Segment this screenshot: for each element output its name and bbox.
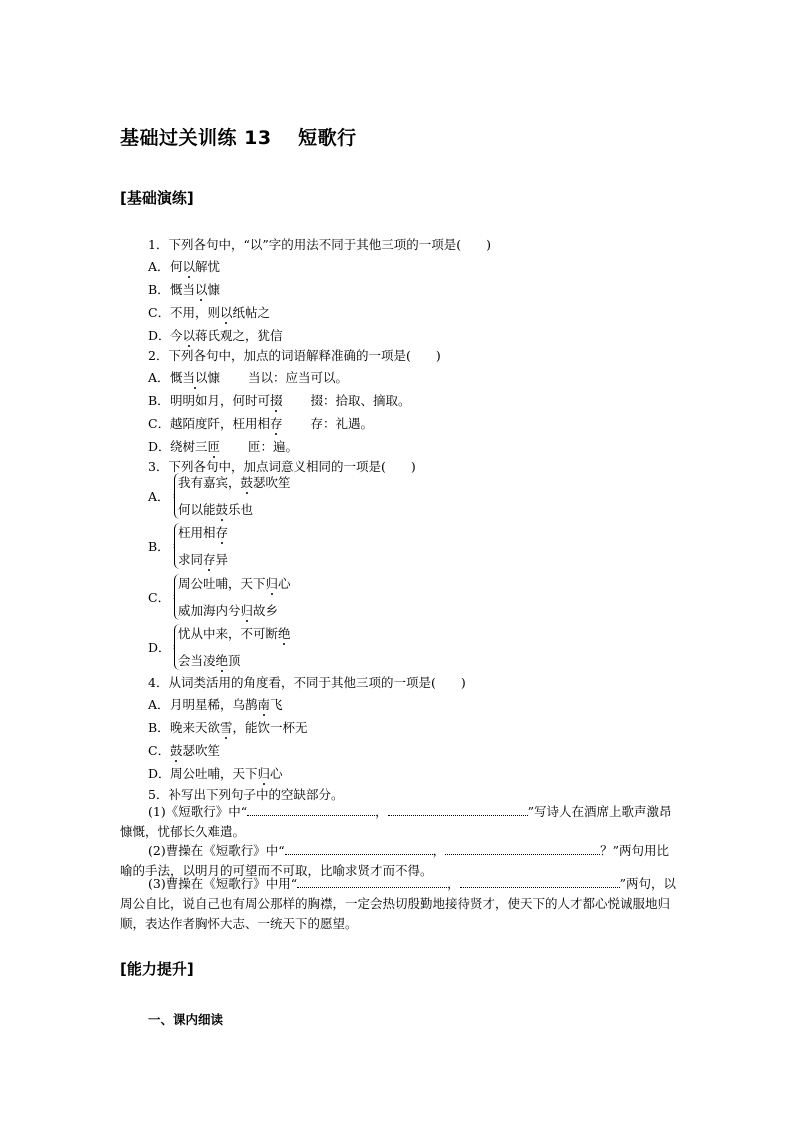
option-label: C． bbox=[148, 588, 170, 606]
q1-option-d: D．今以蒋氏观之，犹信 bbox=[148, 328, 283, 344]
option-text: 我有嘉宾， bbox=[178, 475, 241, 490]
pair-line-1: 我有嘉宾，鼓瑟吹笙 bbox=[178, 473, 291, 491]
option-text: 纸帖之 bbox=[233, 305, 271, 320]
q5-item-1: (1)《短歌行》中“，”写诗人在酒席上歌声激昂慷慨，忧郁长久难遣。 bbox=[120, 802, 676, 842]
option-label: C． bbox=[148, 416, 170, 432]
answer-blank[interactable] bbox=[247, 802, 375, 816]
option-text: 周公吐哺，天下 bbox=[178, 576, 266, 591]
q2-option-c: C．越陌度阡，枉用相存存：礼遇。 bbox=[148, 416, 373, 432]
q3-option-c: C． 周公吐哺，天下归心 威加海内兮归故乡 bbox=[148, 574, 448, 620]
option-text: 异 bbox=[216, 552, 229, 567]
q4-option-d: D．周公吐哺，天下归心 bbox=[148, 766, 283, 782]
option-text: 顶 bbox=[228, 653, 241, 668]
pair-line-2: 威加海内兮归故乡 bbox=[178, 601, 278, 619]
item-text: (2)曹操在《短歌行》中“ bbox=[120, 843, 285, 858]
option-gloss: 匝：遍。 bbox=[248, 439, 298, 454]
q3-option-a: A． 我有嘉宾，鼓瑟吹笙 何以能鼓乐也 bbox=[148, 473, 448, 519]
option-text: 慨当 bbox=[170, 282, 195, 297]
option-label: A． bbox=[148, 487, 170, 505]
q2-option-d: D．绕树三匝匝：遍。 bbox=[148, 439, 298, 455]
option-gloss: 当以：应当可以。 bbox=[248, 370, 348, 385]
option-label: D． bbox=[148, 328, 170, 344]
pair-line-2: 何以能鼓乐也 bbox=[178, 500, 253, 518]
item-text: (1)《短歌行》中“ bbox=[120, 804, 247, 819]
answer-blank[interactable] bbox=[297, 874, 447, 888]
option-text: 解忧 bbox=[195, 259, 220, 274]
option-label: B． bbox=[148, 282, 170, 298]
option-text: ，能饮一杯无 bbox=[233, 720, 308, 735]
option-text: 心 bbox=[278, 576, 291, 591]
option-text: 晚来天欲 bbox=[170, 720, 220, 735]
page-title: 基础过关训练 13 短歌行 bbox=[120, 123, 357, 150]
q3-option-d: D． 忧从中来，不可断绝 会当凌绝顶 bbox=[148, 624, 448, 670]
option-gloss: 存：礼遇。 bbox=[311, 416, 374, 431]
answer-blank[interactable] bbox=[388, 802, 528, 816]
emphasized-char: 绝 bbox=[216, 653, 229, 668]
option-text: 何 bbox=[170, 259, 183, 274]
q3-option-b: B． 枉用相存 求同存异 bbox=[148, 523, 448, 569]
option-label: D． bbox=[148, 638, 171, 656]
emphasized-char: 以 bbox=[195, 282, 208, 297]
option-label: C． bbox=[148, 743, 170, 759]
option-text: 忧从中来，不可断 bbox=[178, 626, 278, 641]
q2-option-b: B．明明如月，何时可掇掇：拾取、摘取。 bbox=[148, 393, 411, 409]
q5-item-3: (3)曹操在《短歌行》中用“，”两句，以周公自比，说自己也有周公那样的胸襟，一定… bbox=[120, 874, 676, 934]
q1-option-a: A．何以解忧 bbox=[148, 259, 220, 275]
option-text: 不用，则 bbox=[170, 305, 220, 320]
emphasized-char: 存 bbox=[203, 552, 216, 567]
pair-line-1: 周公吐哺，天下归心 bbox=[178, 574, 291, 592]
option-text: 威加海内兮 bbox=[178, 603, 241, 618]
pair-line-2: 会当凌绝顶 bbox=[178, 651, 241, 669]
option-text: 月明星稀，乌鹊 bbox=[170, 697, 258, 712]
item-text: (3)曹操在《短歌行》中用“ bbox=[120, 876, 297, 891]
emphasized-char: 归 bbox=[241, 603, 254, 618]
emphasized-char: 存 bbox=[216, 525, 229, 540]
emphasized-char: 南 bbox=[258, 697, 271, 712]
option-text: 慷 bbox=[208, 282, 221, 297]
option-text: 瑟吹笙 bbox=[183, 743, 221, 758]
option-text: 瑟吹笙 bbox=[253, 475, 291, 490]
q4-stem: 4．从词类活用的角度看，不同于其他三项的一项是( ) bbox=[148, 675, 466, 691]
option-text: 周公吐哺，天下 bbox=[170, 766, 258, 781]
answer-blank[interactable] bbox=[445, 841, 600, 855]
emphasized-char: 以 bbox=[183, 328, 196, 343]
emphasized-char: 鼓 bbox=[241, 475, 254, 490]
option-text: 求同 bbox=[178, 552, 203, 567]
pair-line-1: 枉用相存 bbox=[178, 523, 228, 541]
emphasized-char: 雪 bbox=[220, 720, 233, 735]
option-text: 慷 bbox=[208, 370, 221, 385]
option-text: 蒋氏观之，犹信 bbox=[195, 328, 283, 343]
option-label: D． bbox=[148, 439, 170, 455]
option-text: 明明如月，何时可 bbox=[170, 393, 270, 408]
emphasized-char: 以 bbox=[220, 305, 233, 320]
q4-option-c: C．鼓瑟吹笙 bbox=[148, 743, 220, 759]
emphasized-char: 掇 bbox=[270, 393, 283, 408]
option-text: 慨 bbox=[170, 370, 183, 385]
emphasized-char: 当以 bbox=[183, 370, 208, 385]
emphasized-char: 鼓 bbox=[170, 743, 183, 758]
option-text: 乐也 bbox=[228, 502, 253, 517]
option-gloss: 掇：拾取、摘取。 bbox=[311, 393, 411, 408]
option-label: A． bbox=[148, 697, 170, 713]
q4-option-b: B．晚来天欲雪，能饮一杯无 bbox=[148, 720, 308, 736]
option-text: 枉用相 bbox=[178, 525, 216, 540]
option-text: 心 bbox=[270, 766, 283, 781]
option-text: 何以能 bbox=[178, 502, 216, 517]
emphasized-char: 绝 bbox=[278, 626, 291, 641]
option-text: 越陌度阡，枉用相 bbox=[170, 416, 270, 431]
answer-blank[interactable] bbox=[285, 841, 433, 855]
item-text: ， bbox=[375, 804, 388, 819]
q5-stem: 5．补写出下列句子中的空缺部分。 bbox=[148, 787, 343, 803]
pair-line-1: 忧从中来，不可断绝 bbox=[178, 624, 291, 642]
option-label: B． bbox=[148, 393, 170, 409]
option-text: 会当凌 bbox=[178, 653, 216, 668]
item-text: ， bbox=[433, 843, 446, 858]
subsection-heading: 一、课内细读 bbox=[148, 1010, 223, 1028]
section-basic-heading: [基础演练] bbox=[120, 187, 194, 208]
q1-option-c: C．不用，则以纸帖之 bbox=[148, 305, 270, 321]
q4-option-a: A．月明星稀，乌鹊南飞 bbox=[148, 697, 283, 713]
q2-stem: 2．下列各句中，加点的词语解释准确的一项是( ) bbox=[148, 348, 441, 364]
emphasized-char: 归 bbox=[258, 766, 271, 781]
answer-blank[interactable] bbox=[460, 874, 620, 888]
option-label: A． bbox=[148, 259, 170, 275]
emphasized-char: 存 bbox=[270, 416, 283, 431]
option-label: A． bbox=[148, 370, 170, 386]
item-text: ， bbox=[447, 876, 460, 891]
emphasized-char: 以 bbox=[183, 259, 196, 274]
option-label: D． bbox=[148, 766, 170, 782]
emphasized-char: 鼓 bbox=[216, 502, 229, 517]
emphasized-char: 匝 bbox=[208, 439, 221, 454]
option-label: B． bbox=[148, 537, 170, 555]
option-text: 今 bbox=[170, 328, 183, 343]
pair-line-2: 求同存异 bbox=[178, 550, 228, 568]
option-text: 故乡 bbox=[253, 603, 278, 618]
section-advanced-heading: [能力提升] bbox=[120, 958, 194, 979]
option-label: C． bbox=[148, 305, 170, 321]
emphasized-char: 归 bbox=[266, 576, 279, 591]
q1-stem: 1．下列各句中，“以”字的用法不同于其他三项的一项是( ) bbox=[148, 237, 491, 253]
option-text: 绕树三 bbox=[170, 439, 208, 454]
q2-option-a: A．慨当以慷当以：应当可以。 bbox=[148, 370, 348, 386]
q1-option-b: B．慨当以慷 bbox=[148, 282, 220, 298]
option-text: 飞 bbox=[270, 697, 283, 712]
option-label: B． bbox=[148, 720, 170, 736]
